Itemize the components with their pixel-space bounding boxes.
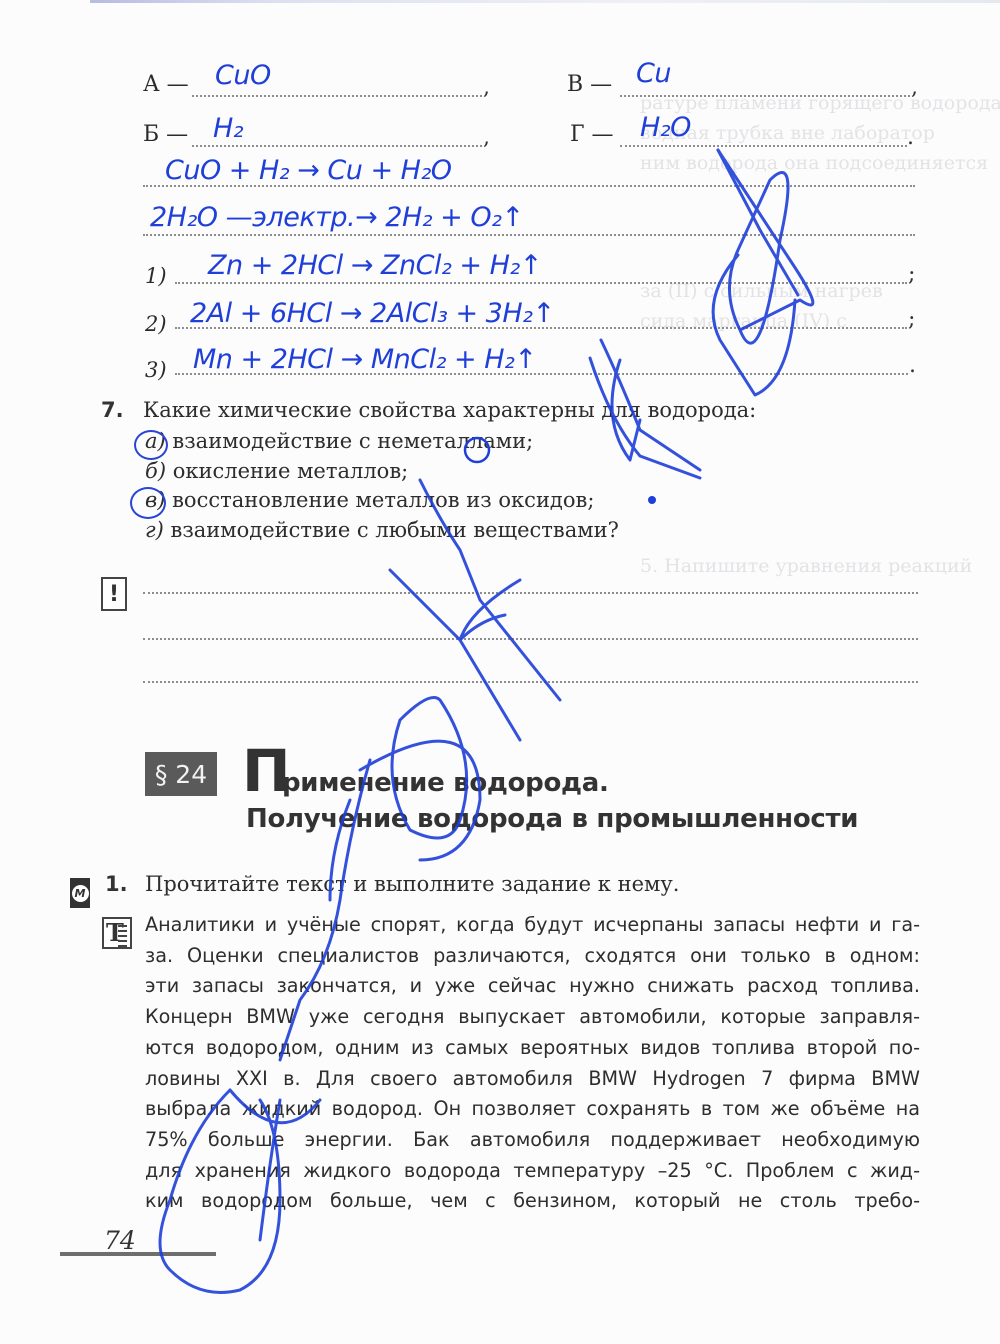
punct: .	[907, 125, 914, 150]
page-footer-rule	[60, 1252, 216, 1256]
option-text: взаимодействие с любыми веществами?	[171, 518, 619, 542]
question-7-number: 7.	[101, 398, 124, 422]
question-1-text: Прочитайте текст и выполните задание к н…	[145, 872, 679, 896]
label-V: В —	[567, 72, 612, 97]
section-title-line2: Получение водорода в промышленности	[246, 804, 858, 834]
answer-line-1	[175, 282, 907, 284]
option-letter: б)	[145, 459, 166, 483]
answer-circle-a	[134, 430, 168, 460]
answer-circle-v	[130, 487, 166, 519]
paragraph-line: для хранения жидкого водорода температур…	[145, 1156, 920, 1187]
punct: ;	[908, 307, 915, 332]
paragraph-line: 75% больше энергии. Бак автомобиля подде…	[145, 1125, 920, 1156]
bleed-through-text: ним водорода она подсоединяется	[640, 152, 988, 174]
answer-B[interactable]: H₂	[213, 113, 243, 144]
page-number: 74	[104, 1226, 136, 1255]
paragraph-line: ются водородом, одним из самых вероятных…	[145, 1033, 920, 1064]
paragraph-line: Аналитики и учёные спорят, когда будут и…	[145, 910, 920, 941]
answer-line	[143, 592, 918, 594]
answer-G[interactable]: H₂O	[640, 112, 691, 143]
label-A: А —	[143, 72, 189, 97]
punct: ,	[483, 125, 490, 150]
item-number-2: 2)	[145, 312, 167, 336]
equation-1[interactable]: CuO + H₂ → Cu + H₂O	[165, 155, 452, 186]
option-letter: г)	[145, 518, 164, 542]
option-v[interactable]: в) восстановление металлов из оксидов;	[145, 488, 594, 512]
question-7-text: Какие химические свойства характерны для…	[143, 398, 756, 422]
option-a[interactable]: а) взаимодействие с неметаллами;	[145, 429, 533, 453]
paragraph-line: за. Оценки специалистов различаются, схо…	[145, 941, 920, 972]
option-g[interactable]: г) взаимодействие с любыми веществами?	[145, 518, 619, 542]
punct: ,	[911, 75, 918, 100]
answer-V[interactable]: Cu	[636, 58, 671, 89]
item-number-3: 3)	[145, 358, 167, 382]
answer-A[interactable]: CuO	[215, 60, 271, 91]
m-letter: М	[72, 885, 89, 902]
m-marker-icon: М	[70, 878, 90, 908]
punct: ;	[908, 262, 915, 287]
answer-line	[143, 234, 915, 236]
option-text: окисление металлов;	[173, 459, 409, 483]
punct: .	[909, 353, 916, 378]
answer-line-A	[192, 95, 482, 97]
paragraph-line: выбрала жидкий водород. Он позволяет сох…	[145, 1094, 920, 1125]
workbook-page: ратуре пламени горящего водорода 2000 °С…	[0, 0, 1000, 1344]
equation-item-3[interactable]: Mn + 2HCl → MnCl₂ + H₂↑	[193, 344, 536, 375]
equation-item-2[interactable]: 2Al + 6HCl → 2AlCl₃ + 3H₂↑	[190, 298, 555, 329]
paragraph-line: ким водородом больше, чем с бензином, ко…	[145, 1186, 920, 1217]
punct: ,	[483, 75, 490, 100]
item-number-1: 1)	[145, 264, 167, 288]
label-B: Б —	[143, 122, 188, 147]
answer-line	[143, 638, 918, 640]
option-text: взаимодействие с неметаллами;	[172, 429, 533, 453]
bleed-through-text: 5. Напишите уравнения реакций	[640, 555, 972, 577]
paragraph-line: Концерн BMW уже сегодня выпускает автомо…	[145, 1002, 920, 1033]
exclamation-icon: !	[101, 577, 127, 611]
text-document-icon: T	[102, 917, 132, 949]
answer-line-V	[620, 95, 910, 97]
equation-item-1[interactable]: Zn + 2HCl → ZnCl₂ + H₂↑	[208, 250, 542, 281]
paragraph-line: ловины XXI в. Для своего автомобиля BMW …	[145, 1064, 920, 1095]
option-b[interactable]: б) окисление металлов;	[145, 459, 408, 483]
section-badge: § 24	[145, 752, 217, 796]
scan-edge	[90, 0, 1000, 3]
question-1-number: 1.	[105, 872, 128, 896]
reading-paragraph: Аналитики и учёные спорят, когда будут и…	[145, 910, 920, 1217]
section-title-line1: рименение водорода.	[282, 768, 609, 798]
option-text: восстановление металлов из оксидов;	[172, 488, 594, 512]
equation-2[interactable]: 2H₂O —электр.→ 2H₂ + O₂↑	[150, 202, 524, 233]
answer-line-B	[192, 145, 482, 147]
label-G: Г —	[570, 122, 614, 147]
answer-line-G	[620, 145, 907, 147]
answer-line	[143, 681, 918, 683]
paragraph-line: эти запасы закончатся, и уже сейчас нужн…	[145, 971, 920, 1002]
